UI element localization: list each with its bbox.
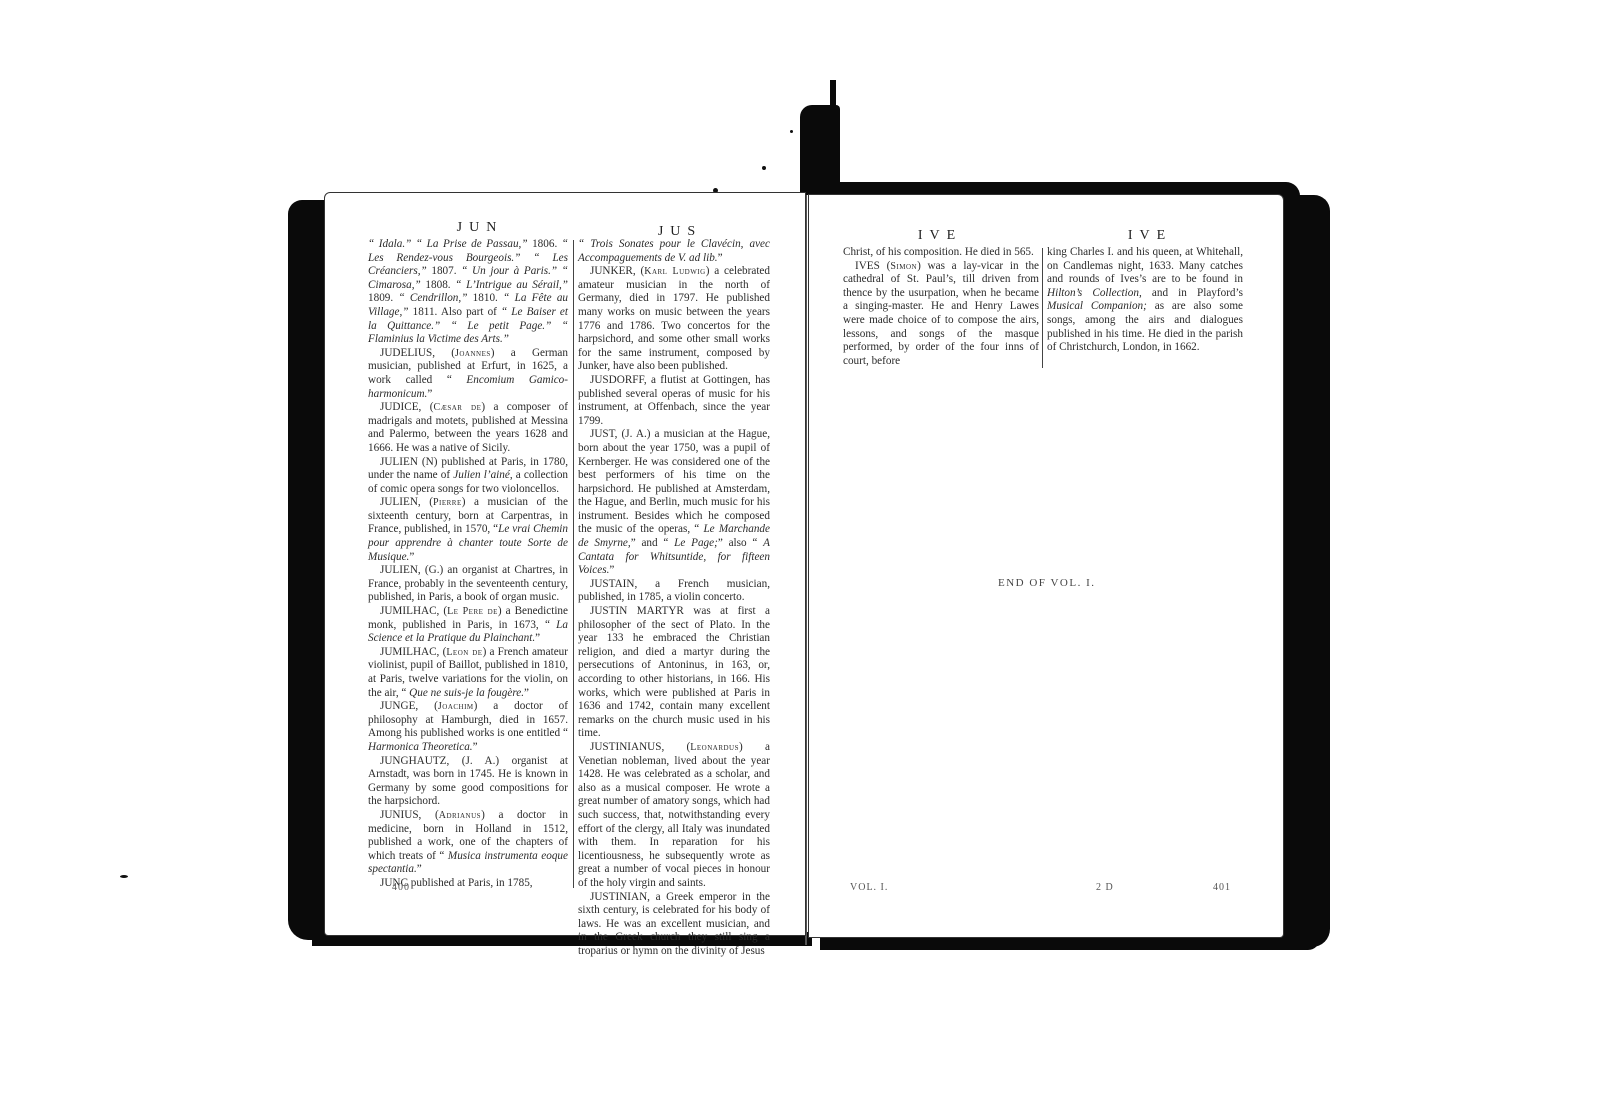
dictionary-entry: JUSTINIANUS, (Leonardus) a Venetian nobl… <box>578 741 770 891</box>
left-page-column-2: “ Trois Sonates pour le Clavécin, avec A… <box>578 238 770 958</box>
speck <box>790 130 793 133</box>
scan-shadow-left <box>288 200 328 940</box>
column-rule-left <box>573 240 574 888</box>
right-page-column-1: Christ, of his composition. He died in 5… <box>843 246 1039 368</box>
continued-paragraph: “ Trois Sonates pour le Clavécin, avec A… <box>578 238 770 265</box>
volume-mark: VOL. I. <box>850 882 888 893</box>
speck <box>120 875 128 878</box>
continued-paragraph: “ Idala.” “ La Prise de Passau,” 1806. “… <box>368 238 568 347</box>
running-head-left-col1: JUN <box>440 220 520 236</box>
dictionary-entry: JUDICE, (Cæsar de) a composer of madriga… <box>368 401 568 455</box>
end-of-volume: END OF VOL. I. <box>998 577 1096 589</box>
speck <box>762 166 766 170</box>
continued-paragraph: king Charles I. and his queen, at Whiteh… <box>1047 246 1243 355</box>
dictionary-entry: JUNKER, (Karl Ludwig) a celebrated amate… <box>578 265 770 374</box>
dictionary-entry: JULIEN, (Pierre) a musician of the sixte… <box>368 496 568 564</box>
dictionary-entry: JUSTINIAN, a Greek emperor in the sixth … <box>578 891 770 959</box>
signature-mark: 2 D <box>1096 882 1114 893</box>
dictionary-entry: JUST, (J. A.) a musician at the Hague, b… <box>578 428 770 578</box>
page-number-left: 400 <box>392 882 410 893</box>
dictionary-entry: JUDELIUS, (Joannes) a German musician, p… <box>368 347 568 401</box>
dictionary-entry: JUMILHAC, (Le Pere de) a Benedictine mon… <box>368 605 568 646</box>
running-head-right-col1: IVE <box>900 228 980 244</box>
dictionary-entry: JUSDORFF, a flutist at Gottingen, has pu… <box>578 374 770 428</box>
page-number-right: 401 <box>1213 882 1231 893</box>
dictionary-entry: JUNIUS, (Adrianus) a doctor in medicine,… <box>368 809 568 877</box>
scan-shadow-right <box>1282 195 1330 947</box>
continued-paragraph: Christ, of his composition. He died in 5… <box>843 246 1039 260</box>
dictionary-entry: JUMILHAC, (Leon de) a French amateur vio… <box>368 646 568 700</box>
dictionary-entry: JULIEN, (G.) an organist at Chartres, in… <box>368 564 568 605</box>
scan-shadow-bottom-right <box>820 936 1320 950</box>
column-rule-right <box>1042 248 1043 368</box>
spine-streak <box>830 80 836 190</box>
right-page-column-2: king Charles I. and his queen, at Whiteh… <box>1047 246 1243 355</box>
dictionary-entry: JUNGHAUTZ, (J. A.) organist at Arnstadt,… <box>368 755 568 809</box>
dictionary-entry: IVES (Simon) was a lay-vicar in the cath… <box>843 260 1039 369</box>
left-page-column-1: “ Idala.” “ La Prise de Passau,” 1806. “… <box>368 238 568 891</box>
dictionary-entry: JULIEN (N) published at Paris, in 1780, … <box>368 456 568 497</box>
running-head-right-col2: IVE <box>1110 228 1190 244</box>
dictionary-entry: JUSTIN MARTYR was at first a philosopher… <box>578 605 770 741</box>
dictionary-entry: JUNGE, (Joachim) a doctor of philosophy … <box>368 700 568 754</box>
dictionary-entry: JUSTAIN, a French musician, published, i… <box>578 578 770 605</box>
